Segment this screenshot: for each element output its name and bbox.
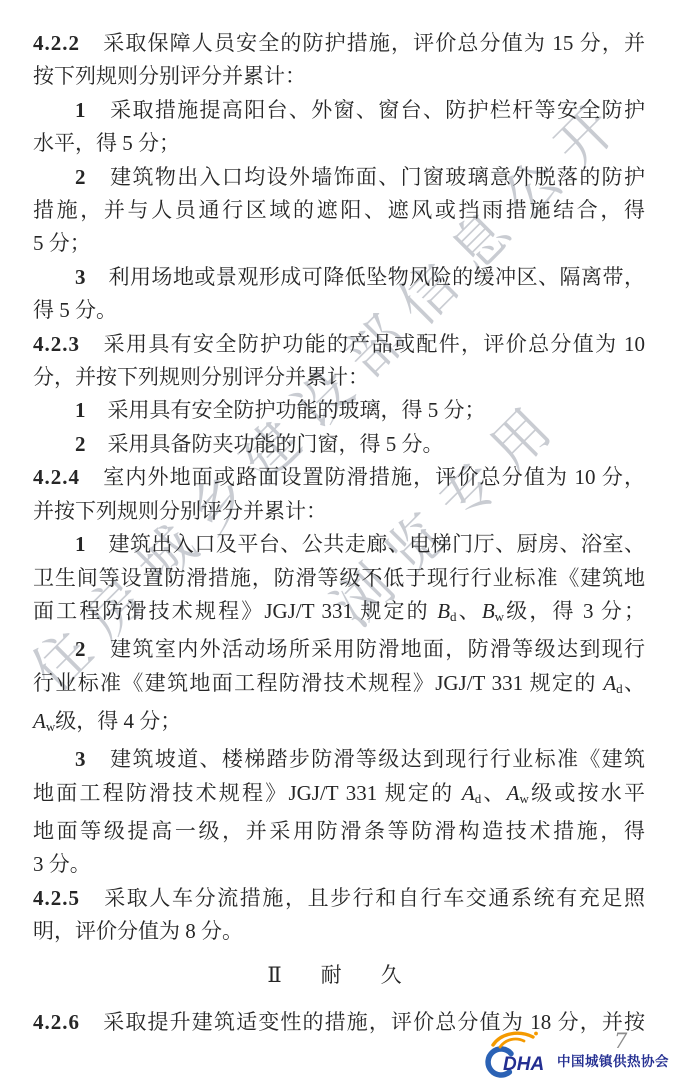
- clause-4-2-2-line-1: 4.2.2 采取保障人员安全的防护措施，评价总分值为 15 分，并: [33, 27, 645, 60]
- clause-4-2-2-item-1-line-1: 1 采取措施提高阳台、外窗、窗台、防护栏杆等安全防护: [33, 94, 645, 127]
- text-segment: 面工程防滑技术规程》JGJ/T 331 规定的: [33, 599, 437, 623]
- text-segment: 分，并按下列规则分别评分并累计：: [33, 365, 369, 389]
- clause-4-2-4-item-2-line-3: Aw级，得 4 分；: [33, 705, 645, 743]
- text-segment: 采取措施提高阳台、外窗、窗台、防护栏杆等安全防护: [87, 98, 646, 122]
- text-segment: 按下列规则分别评分并累计：: [33, 64, 306, 88]
- clause-4-2-2-item-2-line-1: 2 建筑物出入口均设外墙饰面、门窗玻璃意外脱落的防护: [33, 161, 645, 194]
- clause-4-2-4-item-1-line-3: 面工程防滑技术规程》JGJ/T 331 规定的 Bd、Bw级，得 3 分；: [33, 595, 645, 633]
- clause-4-2-3-line-2: 分，并按下列规则分别评分并累计：: [33, 361, 645, 394]
- clause-4-2-4-line-1: 4.2.4 室内外地面或路面设置防滑措施，评价总分值为 10 分，: [33, 461, 645, 494]
- text-segment: 建筑坡道、楼梯踏步防滑等级达到现行行业标准《建筑: [87, 747, 646, 771]
- text-segment: 利用场地或景观形成可降低坠物风险的缓冲区、隔离带，: [87, 265, 646, 289]
- document-page: 住房城乡建设部信息公开 浏览专用 4.2.2 采取保障人员安全的防护措施，评价总…: [0, 0, 676, 1082]
- text-segment: 1: [75, 98, 87, 122]
- clause-4-2-2-item-2-line-3: 5 分；: [33, 227, 645, 260]
- text-segment: 地面工程防滑技术规程》JGJ/T 331 规定的: [33, 781, 462, 805]
- text-segment: 建筑出入口及平台、公共走廊、电梯门厅、厨房、浴室、: [87, 532, 646, 556]
- text-segment: 得 5 分。: [33, 298, 117, 322]
- logo-acronym: DHA: [503, 1054, 544, 1075]
- text-segment: 地面等级提高一级，并采用防滑条等防滑构造技术措施，得: [33, 819, 645, 843]
- text-segment: 水平，得 5 分；: [33, 131, 180, 155]
- text-segment: 、: [481, 781, 506, 805]
- text-segment: 2: [75, 432, 87, 456]
- clause-4-2-5-line-2: 明，评价分值为 8 分。: [33, 915, 645, 948]
- clause-4-2-2-item-3-line-2: 得 5 分。: [33, 294, 645, 327]
- clause-4-2-4-item-1-line-2: 卫生间等设置防滑措施，防滑等级不低于现行行业标准《建筑地: [33, 562, 645, 595]
- text-segment: w: [519, 790, 528, 805]
- association-name: 中国城镇供热协会: [557, 1050, 669, 1070]
- text-segment: A: [507, 781, 520, 805]
- clause-4-2-2-line-2: 按下列规则分别评分并累计：: [33, 60, 645, 93]
- text-segment: 级，得 4 分；: [55, 709, 181, 733]
- clause-4-2-4-item-3-line-2: 地面工程防滑技术规程》JGJ/T 331 规定的 Ad、Aw级或按水平: [33, 777, 645, 815]
- text-segment: 4.2.5: [33, 886, 80, 910]
- text-segment: 建筑物出入口均设外墙饰面、门窗玻璃意外脱落的防护: [87, 165, 646, 189]
- clause-4-2-2-item-1-line-2: 水平，得 5 分；: [33, 127, 645, 160]
- text-segment: 采用具有安全防护功能的产品或配件，评价总分值为 10: [80, 332, 645, 356]
- text-segment: 采取保障人员安全的防护措施，评价总分值为 15 分，并: [80, 31, 645, 55]
- text-segment: A: [462, 781, 475, 805]
- cdha-logo-icon: DHA: [485, 1029, 555, 1078]
- clause-4-2-3-line-1: 4.2.3 采用具有安全防护功能的产品或配件，评价总分值为 10: [33, 328, 645, 361]
- text-segment: 级或按水平: [529, 781, 645, 805]
- text-segment: 级，得 3 分；: [504, 599, 645, 623]
- text-segment: w: [46, 719, 55, 734]
- text-segment: 4.2.2: [33, 31, 80, 55]
- text-segment: 行业标准《建筑地面工程防滑技术规程》JGJ/T 331 规定的: [33, 671, 603, 695]
- clause-4-2-4-item-3-line-1: 3 建筑坡道、楼梯踏步防滑等级达到现行行业标准《建筑: [33, 743, 645, 776]
- text-segment: 建筑室内外活动场所采用防滑地面，防滑等级达到现行: [87, 637, 646, 661]
- text-segment: 4.2.3: [33, 332, 80, 356]
- clause-4-2-3-item-2: 2 采用具备防夹功能的门窗，得 5 分。: [33, 428, 645, 461]
- page-number: 7: [614, 1029, 627, 1053]
- text-segment: 2: [75, 165, 87, 189]
- section-heading-durability: Ⅱ 耐 久: [33, 959, 645, 992]
- clause-4-2-4-item-1-line-1: 1 建筑出入口及平台、公共走廊、电梯门厅、厨房、浴室、: [33, 528, 645, 561]
- text-segment: 、: [623, 671, 645, 695]
- text-segment: 、: [457, 599, 482, 623]
- text-segment: 采用具备防夹功能的门窗，得 5 分。: [87, 432, 444, 456]
- text-segment: 采取提升建筑适变性的措施，评价总分值为 18 分，并按: [80, 1010, 645, 1034]
- clause-4-2-4-item-3-line-4: 3 分。: [33, 848, 645, 881]
- text-segment: 4.2.4: [33, 465, 80, 489]
- clause-4-2-4-item-2-line-2: 行业标准《建筑地面工程防滑技术规程》JGJ/T 331 规定的 Ad、: [33, 667, 645, 705]
- text-segment: 卫生间等设置防滑措施，防滑等级不低于现行行业标准《建筑地: [33, 566, 645, 590]
- text-segment: B: [482, 599, 495, 623]
- document-lines: 4.2.2 采取保障人员安全的防护措施，评价总分值为 15 分，并按下列规则分别…: [33, 27, 645, 1039]
- clause-4-2-3-item-1: 1 采用具有安全防护功能的玻璃，得 5 分；: [33, 394, 645, 427]
- text-segment: 3: [75, 747, 87, 771]
- text-segment: 1: [75, 532, 87, 556]
- text-segment: 明，评价分值为 8 分。: [33, 919, 243, 943]
- association-logo: DHA: [485, 1029, 555, 1082]
- text-segment: A: [33, 709, 46, 733]
- text-segment: 并按下列规则分别评分并累计：: [33, 499, 327, 523]
- clause-4-2-2-item-3-line-1: 3 利用场地或景观形成可降低坠物风险的缓冲区、隔离带，: [33, 261, 645, 294]
- text-segment: B: [437, 599, 450, 623]
- text-segment: Ⅱ 耐 久: [267, 963, 410, 987]
- text-segment: 室内外地面或路面设置防滑措施，评价总分值为 10 分，: [80, 465, 645, 489]
- text-segment: 采取人车分流措施，且步行和自行车交通系统有充足照: [80, 886, 645, 910]
- text-segment: 4.2.6: [33, 1010, 80, 1034]
- text-segment: 措施，并与人员通行区域的遮阳、遮风或挡雨措施结合，得: [33, 198, 645, 222]
- text-segment: 5 分；: [33, 231, 91, 255]
- clause-4-2-2-item-2-line-2: 措施，并与人员通行区域的遮阳、遮风或挡雨措施结合，得: [33, 194, 645, 227]
- text-segment: 3: [75, 265, 87, 289]
- clause-4-2-4-item-2-line-1: 2 建筑室内外活动场所采用防滑地面，防滑等级达到现行: [33, 633, 645, 666]
- clause-4-2-5-line-1: 4.2.5 采取人车分流措施，且步行和自行车交通系统有充足照: [33, 882, 645, 915]
- text-segment: w: [495, 609, 504, 624]
- clause-4-2-4-item-3-line-3: 地面等级提高一级，并采用防滑条等防滑构造技术措施，得: [33, 815, 645, 848]
- text-segment: 3 分。: [33, 852, 91, 876]
- text-segment: 采用具有安全防护功能的玻璃，得 5 分；: [87, 398, 486, 422]
- text-segment: A: [603, 671, 616, 695]
- clause-4-2-4-line-2: 并按下列规则分别评分并累计：: [33, 495, 645, 528]
- text-segment: 2: [75, 637, 87, 661]
- text-segment: 1: [75, 398, 87, 422]
